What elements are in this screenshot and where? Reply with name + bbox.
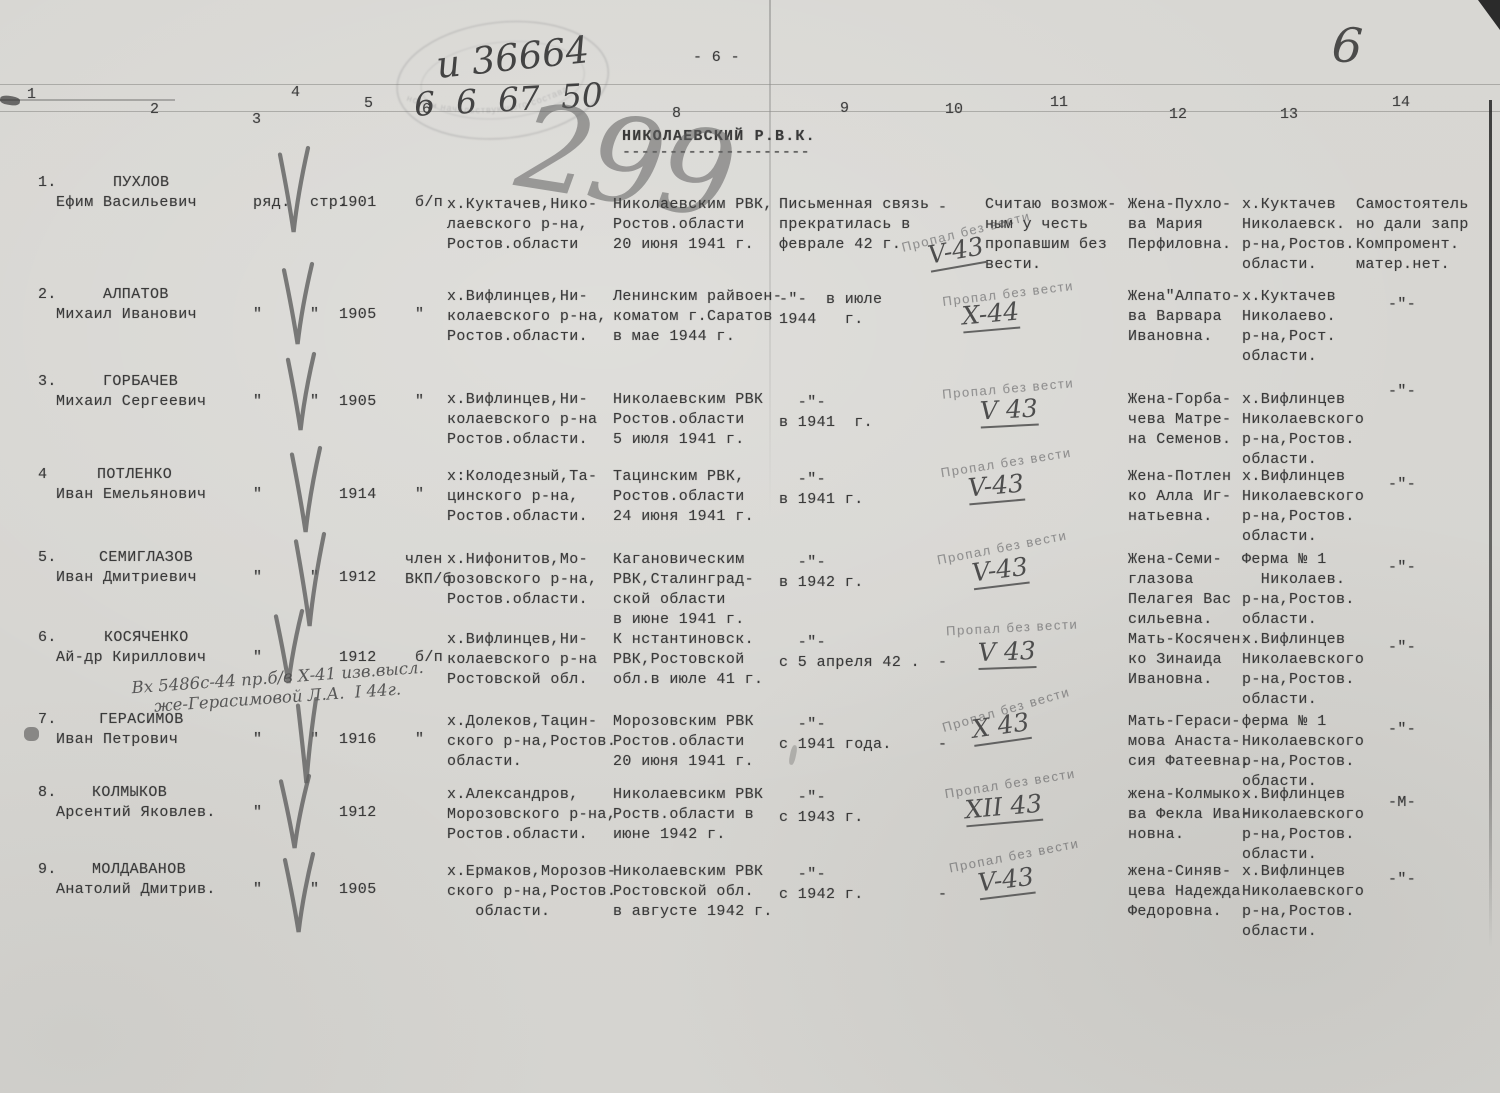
row-3-notes: -"- bbox=[1388, 382, 1416, 402]
row-3-rank: " bbox=[253, 392, 262, 412]
row-4-relative: Жена-Потлен ко Алла Иг- натьевна. bbox=[1128, 467, 1231, 527]
row-3-relative-address: х.Вифлинцев Николаевского р-на,Ростов. о… bbox=[1242, 390, 1364, 470]
row-8-drafted-by: Николаевсикм РВК Роств.области в июне 19… bbox=[613, 785, 763, 845]
row-2-checkmark bbox=[282, 262, 320, 352]
row-2-stamp-date: X-44 bbox=[961, 297, 1021, 334]
row-6-address: х.Вифлинцев,Ни- колаевского р-на Ростовс… bbox=[447, 630, 597, 690]
row-2-contact-lost: -"- в июле 1944 г. bbox=[779, 290, 882, 330]
row-7-contact-lost: -"- с 1941 года. bbox=[779, 715, 892, 755]
column-number-10: 10 bbox=[945, 101, 963, 118]
row-4-number: 4 bbox=[38, 465, 47, 485]
row-6-stamp-date: V 43 bbox=[977, 636, 1036, 670]
row-2-name: Михаил Иванович bbox=[56, 305, 197, 325]
row-9-surname: МОЛДАВАНОВ bbox=[92, 860, 186, 880]
row-6-notes: -"- bbox=[1388, 638, 1416, 658]
row-7-address: х.Долеков,Тацин- ского р-на,Ростов. обла… bbox=[447, 712, 616, 772]
row-5-notes: -"- bbox=[1388, 558, 1416, 578]
row-1-conclusion: Считаю возмож- ным у честь пропавшим без… bbox=[985, 195, 1117, 275]
row-3-surname: ГОРБАЧЕВ bbox=[103, 372, 178, 392]
row-8-relative: жена-Колмыко- ва Фекла Ива- новна. bbox=[1128, 785, 1250, 845]
column-number-9: 9 bbox=[840, 100, 849, 117]
column-number-14: 14 bbox=[1392, 94, 1410, 111]
row-6-drafted-by: К нстантиновск. РВК,Ростовской обл.в июл… bbox=[613, 630, 763, 690]
row-1-dash: - bbox=[938, 198, 947, 218]
row-8-name: Арсентий Яковлев. bbox=[56, 803, 216, 823]
scanned-document-page: - 6 - НИКОЛАЕВСКИЙ Р.В.К. --------------… bbox=[0, 0, 1500, 1093]
row-4-address: х:Колодезный,Та- цинского р-на, Ростов.о… bbox=[447, 467, 597, 527]
row-8-relative-address: х.Вифлинцев Николаевского р-на,Ростов. о… bbox=[1242, 785, 1364, 865]
column-number-1: 1 bbox=[27, 86, 36, 103]
row-5-surname: СЕМИГЛАЗОВ bbox=[99, 548, 193, 568]
row-5-drafted-by: Кагановическим РВК,Сталинград- ской обла… bbox=[613, 550, 754, 630]
row-9-checkmark bbox=[283, 852, 321, 940]
row-7-stamp-date: X 43 bbox=[970, 707, 1031, 747]
row-7-party: " bbox=[415, 730, 424, 750]
row-3-party: " bbox=[415, 392, 424, 412]
row-1-address: х.Куктачев,Нико- лаевского р-на, Ростов.… bbox=[447, 195, 597, 255]
row-9-relative: жена-Синяв- цева Надежда Федоровна. bbox=[1128, 862, 1241, 922]
row-7-surname: ГЕРАСИМОВ bbox=[99, 710, 184, 730]
row-9-rank: " bbox=[253, 880, 262, 900]
row-3-drafted-by: Николаевским РВК Ростов.области 5 июля 1… bbox=[613, 390, 763, 450]
row-1-birth-year: 1901 bbox=[339, 193, 377, 213]
row-5-name: Иван Дмитриевич bbox=[56, 568, 197, 588]
page-number: - 6 - bbox=[693, 48, 740, 68]
row-7-notes: -"- bbox=[1388, 720, 1416, 740]
row-9-relative-address: х.Вифлинцев Николаевского р-на,Ростов. о… bbox=[1242, 862, 1364, 942]
row-2-address: х.Вифлинцев,Ни- колаевского р-на, Ростов… bbox=[447, 287, 607, 347]
row-4-name: Иван Емельянович bbox=[56, 485, 206, 505]
row-3-checkmark bbox=[286, 352, 322, 438]
row-1-number: 1. bbox=[38, 173, 57, 193]
row-5-birth-year: 1912 bbox=[339, 568, 377, 588]
row-5-rank: " bbox=[253, 568, 262, 588]
row-2-relative-address: х.Куктачев Николаево. р-на,Рост. области… bbox=[1242, 287, 1336, 367]
row-4-stamp-date: V-43 bbox=[967, 469, 1026, 506]
row-6-dash: - bbox=[938, 653, 947, 673]
column-number-6: 6 bbox=[422, 101, 431, 118]
row-1-drafted-by: Николаевским РВК, Ростов.области 20 июня… bbox=[613, 195, 773, 255]
ink-blot bbox=[24, 727, 39, 741]
handwritten-corner-page-number: 6 bbox=[1330, 17, 1364, 75]
column-number-13: 13 bbox=[1280, 106, 1298, 123]
row-8-surname: КОЛМЫКОВ bbox=[92, 783, 167, 803]
row-7-relative-address: ферма № 1 Николаевского р-на,Ростов. обл… bbox=[1242, 712, 1364, 792]
horizontal-rule-top bbox=[0, 84, 1500, 85]
row-4-surname: ПОТЛЕНКО bbox=[97, 465, 172, 485]
row-2-number: 2. bbox=[38, 285, 57, 305]
row-6-contact-lost: -"- с 5 апреля 42 . bbox=[779, 633, 920, 673]
row-9-drafted-by: Николаевским РВК Ростовской обл. в авгус… bbox=[613, 862, 773, 922]
row-9-dash: - bbox=[938, 885, 947, 905]
row-4-birth-year: 1914 bbox=[339, 485, 377, 505]
row-3-birth-year: 1905 bbox=[339, 392, 377, 412]
oval-ink-stamp: ного и начальствующего состава bbox=[378, 0, 632, 170]
row-3-name: Михаил Сергеевич bbox=[56, 392, 206, 412]
row-2-birth-year: 1905 bbox=[339, 305, 377, 325]
column-number-3: 3 bbox=[252, 111, 261, 128]
row-4-relative-address: х.Вифлинцев Николаевского р-на,Ростов. о… bbox=[1242, 467, 1364, 547]
row-5-address: х.Нифонитов,Мо- розовского р-на, Ростов.… bbox=[447, 550, 597, 610]
row-5-contact-lost: -"- в 1942 г. bbox=[779, 553, 864, 593]
row-7-birth-year: 1916 bbox=[339, 730, 377, 750]
row-2-party: " bbox=[415, 305, 424, 325]
fold-crease bbox=[769, 0, 771, 520]
row-7-name: Иван Петрович bbox=[56, 730, 178, 750]
row-6-relative-address: х.Вифлинцев Николаевского р-на,Ростов. о… bbox=[1242, 630, 1364, 710]
row-9-contact-lost: -"- с 1942 г. bbox=[779, 865, 864, 905]
row-8-notes: -М- bbox=[1388, 793, 1416, 813]
row-5-number: 5. bbox=[38, 548, 57, 568]
row-1-party: б/п bbox=[415, 193, 443, 213]
row-8-birth-year: 1912 bbox=[339, 803, 377, 823]
column-number-2: 2 bbox=[150, 101, 159, 118]
column-number-11: 11 bbox=[1050, 94, 1068, 111]
column-number-8: 8 bbox=[672, 105, 681, 122]
row-5-stamp-date: V-43 bbox=[970, 552, 1030, 591]
row-4-checkmark bbox=[290, 446, 328, 540]
row-5-party: член ВКП/б bbox=[405, 550, 452, 590]
row-3-stamp-date: V 43 bbox=[979, 394, 1038, 429]
row-3-contact-lost: -"- в 1941 г. bbox=[779, 393, 873, 433]
row-2-rank: " bbox=[253, 305, 262, 325]
column-number-4: 4 bbox=[291, 84, 300, 101]
column-number-5: 5 bbox=[364, 95, 373, 112]
right-edge-scan-line bbox=[1489, 100, 1492, 948]
row-3-relative: Жена-Горба- чева Матре- на Семенов. bbox=[1128, 390, 1231, 450]
row-1-relative-address: х.Куктачев Николаевск. р-на,Ростов. обла… bbox=[1242, 195, 1355, 275]
row-5-relative-address: Ферма № 1 Николаев. р-на,Ростов. области… bbox=[1242, 550, 1355, 630]
row-4-notes: -"- bbox=[1388, 475, 1416, 495]
row-7-rank: " bbox=[253, 730, 262, 750]
row-6-number: 6. bbox=[38, 628, 57, 648]
row-9-address: х.Ермаков,Морозов- ского р-на,Ростов. об… bbox=[447, 862, 616, 922]
horizontal-rule-second bbox=[0, 111, 1500, 112]
row-1-checkmark bbox=[278, 146, 316, 240]
row-4-drafted-by: Тацинским РВК, Ростов.области 24 июня 19… bbox=[613, 467, 754, 527]
row-6-name: Ай-др Кириллович bbox=[56, 648, 206, 668]
row-4-rank: " bbox=[253, 485, 262, 505]
row-2-notes: -"- bbox=[1388, 295, 1416, 315]
row-8-checkmark bbox=[279, 774, 317, 856]
row-7-drafted-by: Морозовским РВК Ростов.области 20 июня 1… bbox=[613, 712, 754, 772]
row-7-dash: - bbox=[938, 735, 947, 755]
row-9-stamp-date: V-43 bbox=[976, 862, 1036, 901]
row-9-number: 9. bbox=[38, 860, 57, 880]
row-9-notes: -"- bbox=[1388, 870, 1416, 890]
row-8-stamp-date: XII 43 bbox=[964, 789, 1044, 828]
row-8-rank: " bbox=[253, 803, 262, 823]
row-3-address: х.Вифлинцев,Ни- колаевского р-на Ростов.… bbox=[447, 390, 597, 450]
row-7-number: 7. bbox=[38, 710, 57, 730]
row-2-relative: Жена"Алпато- ва Варвара Ивановна. bbox=[1128, 287, 1241, 347]
row-6-rank: " bbox=[253, 648, 262, 668]
row-1-notes: Самостоятель но дали запр Компромент. ма… bbox=[1356, 195, 1469, 275]
row-6-surname: КОСЯЧЕНКО bbox=[104, 628, 189, 648]
row-6-relative: Мать-Косячен- ко Зинаида Ивановна. bbox=[1128, 630, 1250, 690]
row-1-relative: Жена-Пухло- ва Мария Перфиловна. bbox=[1128, 195, 1231, 255]
row-2-surname: АЛПАТОВ bbox=[103, 285, 169, 305]
column-number-12: 12 bbox=[1169, 106, 1187, 123]
row-7-relative: Мать-Гераси- мова Анаста- сия Фатеевна. bbox=[1128, 712, 1250, 772]
row-4-party: " bbox=[415, 485, 424, 505]
top-right-scan-shadow bbox=[1478, 0, 1500, 30]
row-9-birth-year: 1905 bbox=[339, 880, 377, 900]
row-3-number: 3. bbox=[38, 372, 57, 392]
row-8-contact-lost: -"- с 1943 г. bbox=[779, 788, 864, 828]
row-2-drafted-by: Ленинским райвоен- коматом г.Саратов в м… bbox=[613, 287, 782, 347]
row-1-name: Ефим Васильевич bbox=[56, 193, 197, 213]
row-4-contact-lost: -"- в 1941 г. bbox=[779, 470, 864, 510]
row-8-address: х.Александров, Морозовского р-на, Ростов… bbox=[447, 785, 616, 845]
row-9-name: Анатолий Дмитрив. bbox=[56, 880, 216, 900]
row-8-number: 8. bbox=[38, 783, 57, 803]
row-1-surname: ПУХЛОВ bbox=[113, 173, 169, 193]
row-6-missing-stamp: Пропал без вести bbox=[946, 617, 1079, 639]
row-5-relative: Жена-Семи- глазова Пелагея Вас сильевна. bbox=[1128, 550, 1231, 630]
